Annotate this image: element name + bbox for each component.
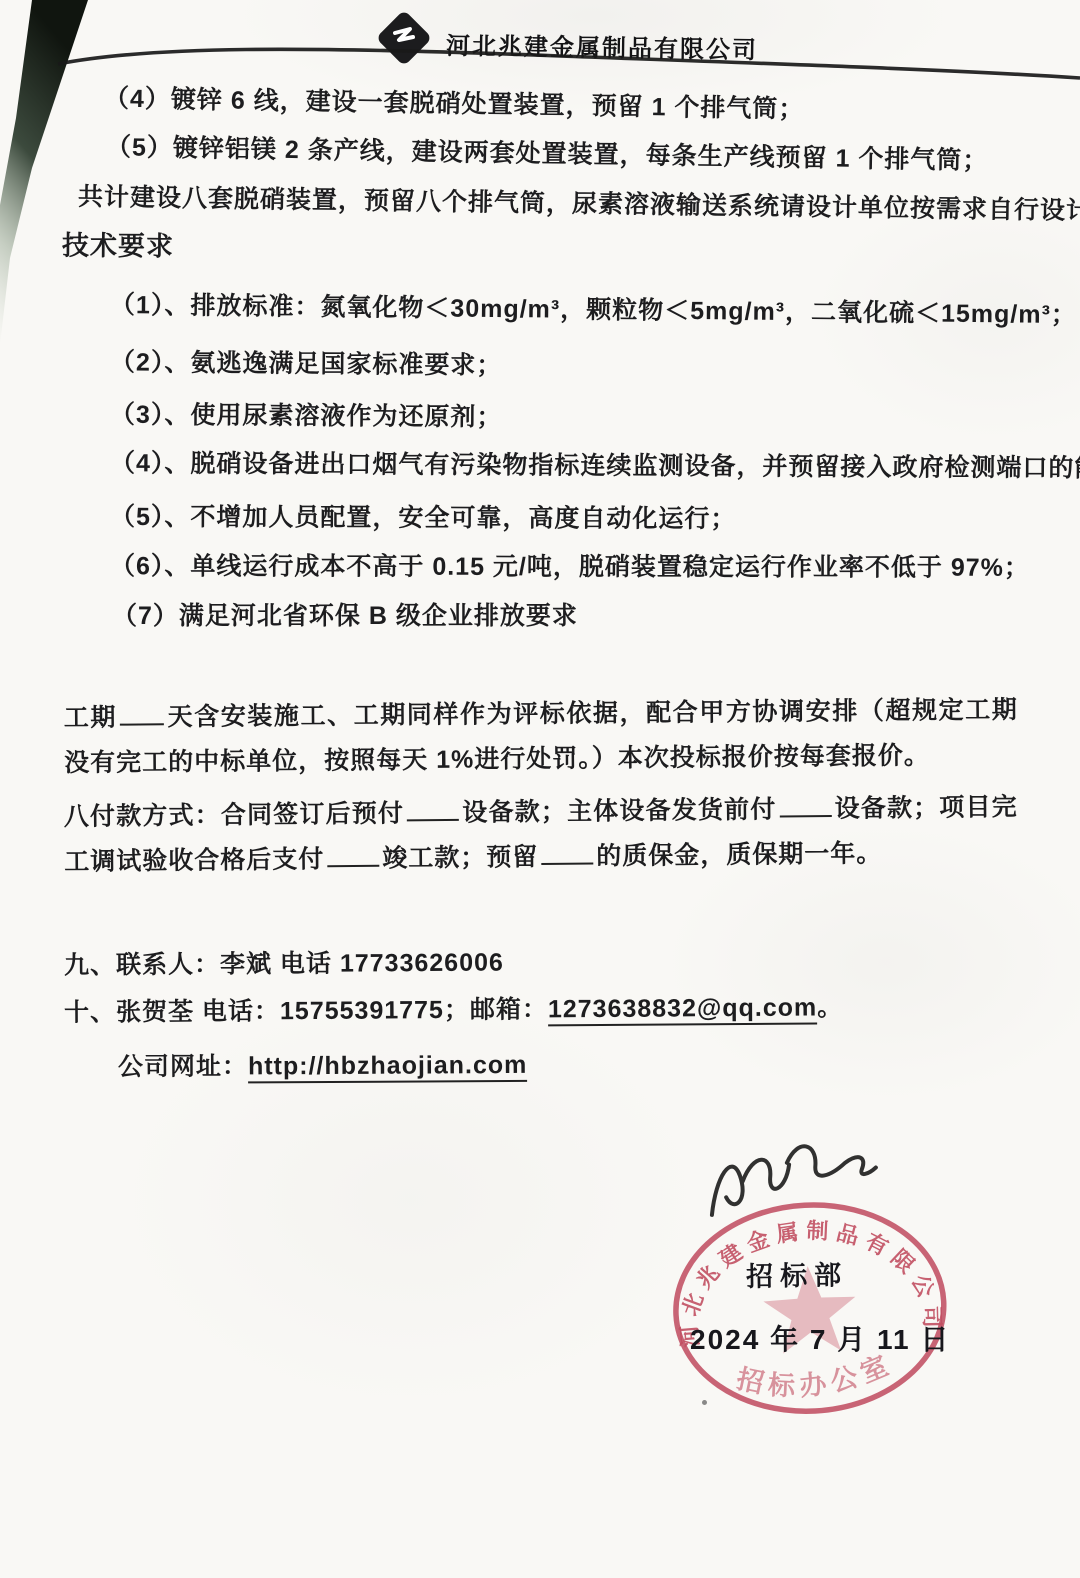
website-lead: 公司网址：	[118, 1052, 248, 1081]
company-stamp: 河北兆建金属制品有限公司 招标办公室	[646, 1178, 979, 1444]
payment-seg5: 的质保金，质保期一年。	[596, 839, 882, 870]
intro-item-5: （5）镀锌铝镁 2 条产线，建设两套处置装置，每条生产线预留 1 个排气筒；	[106, 127, 989, 177]
tech-item-3: （3）、使用尿素溶液作为还原剂；	[110, 395, 503, 434]
stamp-department: 招标部	[746, 1253, 849, 1294]
contact-line-2: 十、张贺荃 电话：15755391775；邮箱：1273638832@qq.co…	[64, 987, 843, 1028]
contact-line-1: 九、联系人：李斌 电话 17733626006	[64, 942, 504, 981]
scan-speck	[702, 1400, 707, 1405]
tech-item-7: （7）满足河北省环保 B 级企业排放要求	[112, 596, 578, 632]
tech-item-1: （1）、排放标准：氮氧化物＜30mg/m³，颗粒物＜5mg/m³，二氧化硫＜15…	[110, 285, 1077, 331]
payment-paragraph: 八付款方式：合同签订后预付设备款；主体设备发货前付设备款；项目完工调试验收合格后…	[64, 785, 1019, 885]
tech-item-5: （5）、不增加人员配置，安全可靠，高度自动化运行；	[110, 497, 737, 535]
payment-seg2: 设备款；主体设备发货前付	[462, 796, 777, 827]
tech-requirements-heading: 技术要求	[62, 224, 174, 264]
blank-line	[407, 817, 459, 822]
scanned-document-page: 河北兆建金属制品有限公司 （4）镀锌 6 线，建设一套脱硝处置装置，预留 1 个…	[0, 0, 1080, 1578]
payment-seg1: 合同签订后预付	[221, 799, 405, 829]
blank-line	[779, 813, 831, 818]
duration-rest: 天含安装施工、工期同样作为评标依据，配合甲方协调安排（超规定工期没有完工的中标单…	[64, 696, 1018, 777]
duration-lead: 工期	[64, 704, 117, 732]
intro-summary: 共计建设八套脱硝装置，预留八个排气筒，尿素溶液输送系统请设计单位按需求自行设计	[78, 177, 1080, 227]
contact-email: 1273638832@qq.com	[548, 993, 818, 1026]
blank-line	[327, 863, 379, 868]
blank-line	[541, 860, 593, 865]
website-url: http://hbzhaojian.com	[248, 1051, 527, 1083]
tech-item-2: （2）、氨逃逸满足国家标准要求；	[110, 342, 503, 381]
contact-line-2-lead: 十、张贺荃 电话：15755391775；邮箱：	[64, 995, 548, 1026]
website-line: 公司网址：http://hbzhaojian.com	[118, 1045, 528, 1083]
blank-line	[120, 721, 164, 725]
duration-paragraph: 工期天含安装施工、工期同样作为评标依据，配合甲方协调安排（超规定工期没有完工的中…	[64, 688, 1019, 786]
payment-seg4: 竣工款；预留	[382, 843, 538, 873]
stamp-date: 2024 年 7 月 11 日	[690, 1318, 950, 1358]
tech-item-6: （6）、单线运行成本不高于 0.15 元/吨，脱硝装置稳定运行作业率不低于 97…	[110, 546, 1030, 584]
contact-line-2-tail: 。	[817, 993, 843, 1021]
payment-lead: 八付款方式：	[64, 801, 221, 831]
tech-item-4: （4）、脱硝设备进出口烟气有污染物指标连续监测设备，并预留接入政府检测端口的能力…	[110, 443, 1080, 484]
